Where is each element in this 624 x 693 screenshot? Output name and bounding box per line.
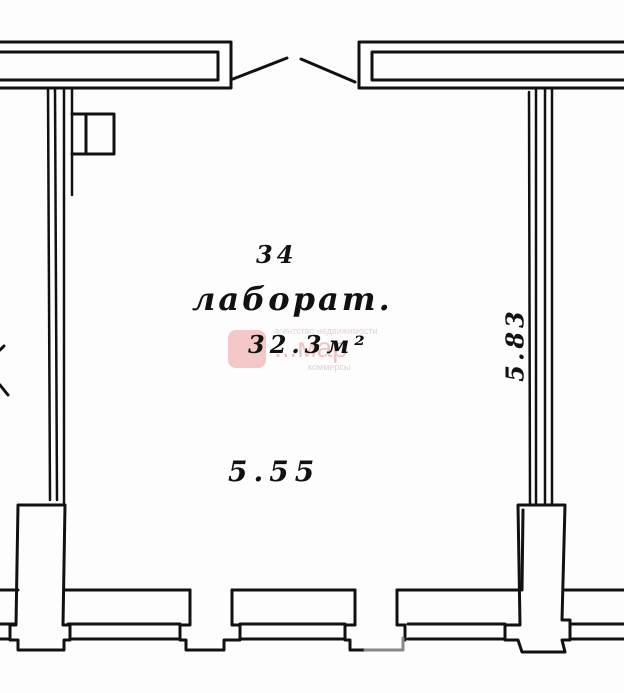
- bottom-exterior-wall: [0, 590, 624, 639]
- right-pier: [505, 505, 570, 652]
- top-right-wall: [359, 42, 624, 88]
- room-width-dimension: 5.55: [228, 455, 320, 488]
- wall-cabinet: [72, 114, 114, 154]
- left-partition-wall: [48, 88, 72, 505]
- room-number-label: 34: [256, 240, 297, 269]
- middle-pier-2: [345, 590, 405, 650]
- adjacent-room-mark: [0, 346, 8, 395]
- middle-pier-1: [180, 590, 240, 650]
- top-left-wall: [0, 42, 231, 88]
- door-opening: [233, 58, 355, 82]
- right-partition-wall: [529, 88, 552, 505]
- room-name-label: лаборат.: [192, 280, 393, 318]
- room-length-dimension: 5.83: [501, 307, 530, 381]
- watermark-subtitle: коммерсы: [308, 362, 350, 372]
- room-area-label: 32.3м²: [248, 330, 370, 359]
- left-pier: [10, 505, 70, 650]
